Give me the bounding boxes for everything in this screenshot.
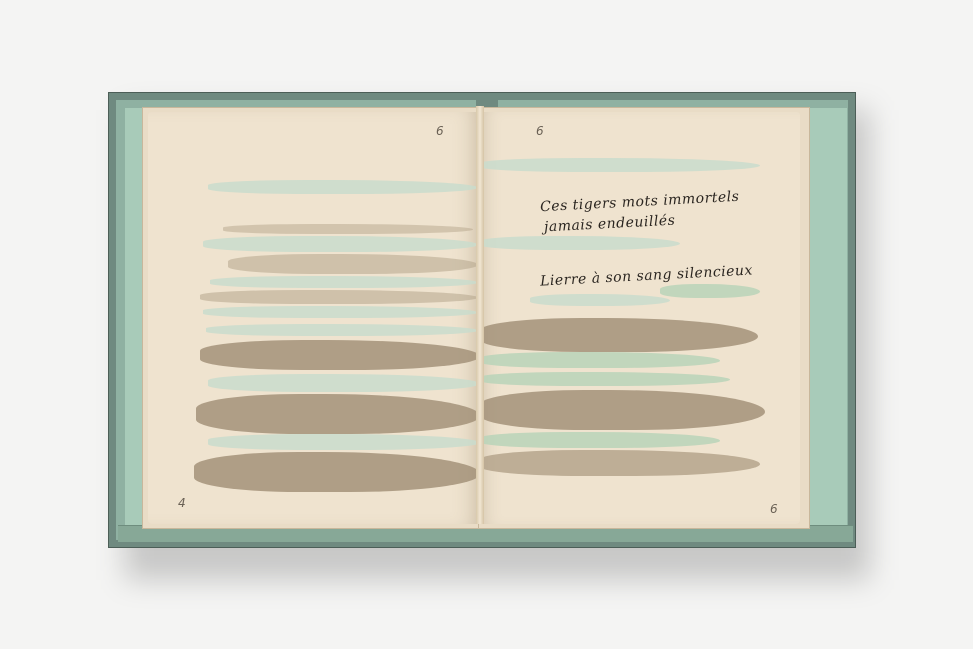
wash-green — [203, 306, 478, 318]
wash-green — [480, 158, 760, 172]
wash-brown-dark — [194, 452, 480, 492]
wash-brown-dark — [480, 390, 765, 430]
wash-green — [208, 434, 480, 450]
page-number-bottom: 6 — [770, 502, 778, 516]
right-page: 6 6 Ces tigers mots immortels jamais end… — [480, 112, 800, 524]
verse-line-1: Ces tigers mots immortels — [540, 189, 740, 215]
wash-green — [208, 374, 480, 392]
book-gutter — [476, 106, 484, 524]
wash-green — [208, 180, 478, 194]
wash-green — [210, 276, 478, 288]
page-number-bottom: 4 — [178, 496, 186, 510]
page-number-top: 6 — [536, 124, 544, 138]
wash-brown — [228, 254, 478, 274]
wash-brown-dark — [480, 318, 758, 352]
wash-green — [480, 236, 680, 250]
verse-line-2: jamais endeuillés — [544, 213, 676, 236]
page-number-top: 6 — [436, 124, 444, 138]
wash-brown-dark — [196, 394, 480, 434]
wash-green — [480, 352, 720, 368]
wash-brown — [200, 290, 478, 304]
left-page: 6 4 — [148, 112, 480, 524]
wash-brown — [480, 450, 760, 476]
wash-green — [203, 236, 478, 252]
wash-brown-dark — [200, 340, 480, 370]
wash-brown — [223, 224, 473, 234]
wash-green — [206, 324, 478, 336]
wash-green — [660, 284, 760, 298]
wash-green — [480, 372, 730, 386]
wash-green — [480, 432, 720, 448]
wash-green — [530, 294, 670, 306]
